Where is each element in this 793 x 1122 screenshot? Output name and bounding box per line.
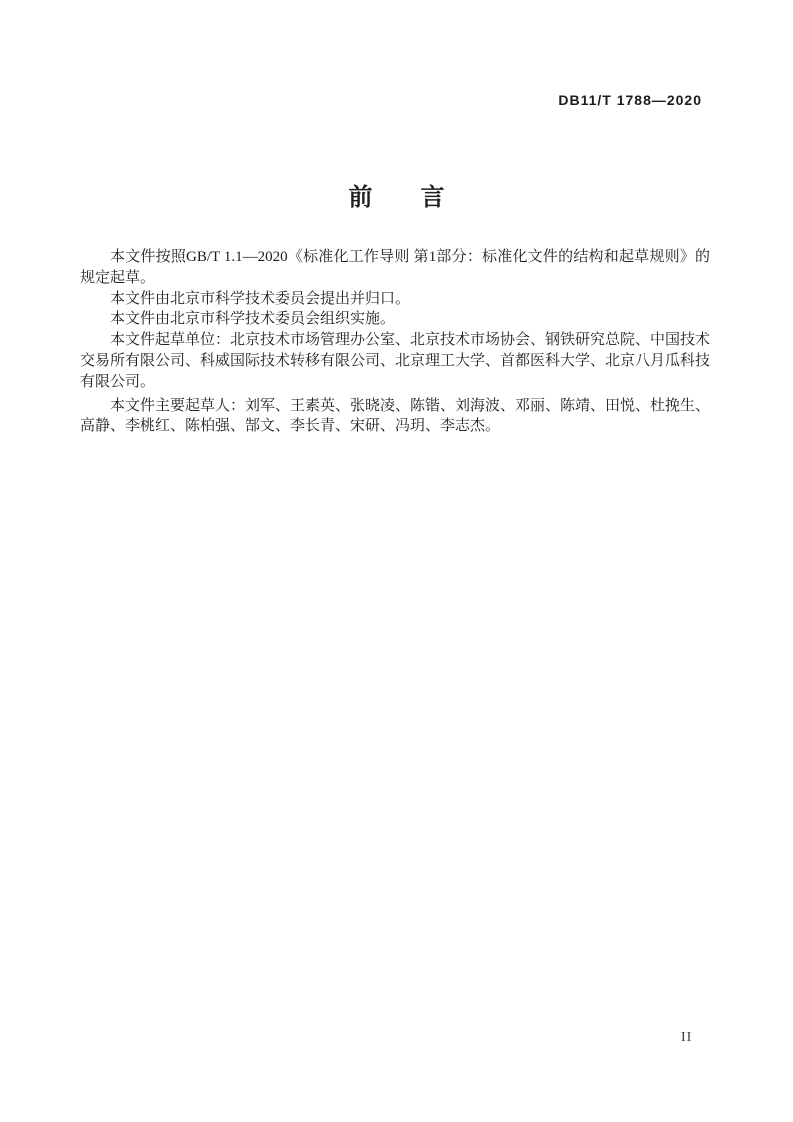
paragraph-proposed-by: 本文件由北京市科学技术委员会提出并归口。	[80, 289, 710, 310]
page-number: II	[681, 1030, 692, 1046]
paragraph-implemented-by: 本文件由北京市科学技术委员会组织实施。	[80, 309, 710, 330]
document-code: DB11/T 1788—2020	[558, 92, 702, 108]
paragraph-drafting-rules: 本文件按照GB/T 1.1—2020《标准化工作导则 第1部分：标准化文件的结构…	[80, 247, 710, 289]
foreword-title: 前 言	[0, 177, 793, 212]
document-page: DB11/T 1788—2020 前 言 本文件按照GB/T 1.1—2020《…	[0, 0, 793, 1122]
paragraph-main-drafters: 本文件主要起草人：刘军、王素英、张晓凌、陈锴、刘海波、邓丽、陈靖、田悦、杜挽生、…	[80, 396, 710, 438]
foreword-body: 本文件按照GB/T 1.1—2020《标准化工作导则 第1部分：标准化文件的结构…	[80, 247, 710, 437]
paragraph-drafting-organizations: 本文件起草单位：北京技术市场管理办公室、北京技术市场协会、钢铁研究总院、中国技术…	[80, 330, 710, 392]
